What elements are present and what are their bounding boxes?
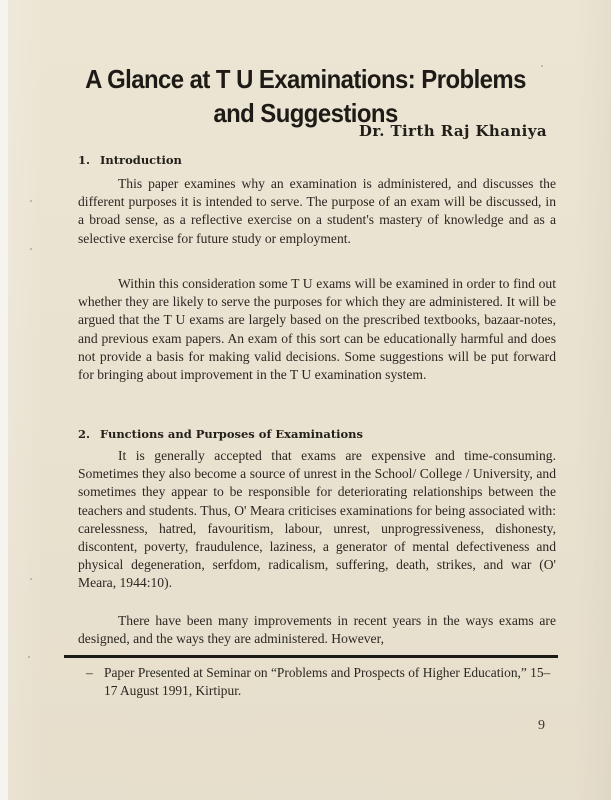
footnote-divider xyxy=(64,655,558,658)
paragraph-intro-1: This paper examines why an examination i… xyxy=(78,175,556,248)
paper-speck xyxy=(30,200,32,202)
author-name: Dr. Tirth Raj Khaniya xyxy=(359,122,547,140)
page-number: 9 xyxy=(538,718,545,734)
paragraph-intro-2: Within this consideration some T U exams… xyxy=(78,275,556,384)
section-title: Introduction xyxy=(100,153,182,167)
article-title: A Glance at T U Examinations: Problems a… xyxy=(24,62,586,130)
paragraph-functions-1: It is generally accepted that exams are … xyxy=(78,447,556,593)
paper-speck xyxy=(30,248,32,250)
paragraph-functions-2: There have been many improvements in rec… xyxy=(78,612,556,648)
title-line-1: A Glance at T U Examinations: Problems xyxy=(24,62,586,96)
section-heading-introduction: 1.Introduction xyxy=(78,153,182,167)
section-heading-functions: 2.Functions and Purposes of Examinations xyxy=(78,427,363,441)
footnote-text: Paper Presented at Seminar on “Problems … xyxy=(104,665,550,698)
paper-speck xyxy=(30,578,32,580)
footnote-marker: – xyxy=(86,664,93,682)
paper-speck xyxy=(28,656,30,658)
section-number: 2. xyxy=(78,427,100,441)
section-number: 1. xyxy=(78,153,100,167)
section-title: Functions and Purposes of Examinations xyxy=(100,427,363,441)
footnote: – Paper Presented at Seminar on “Problem… xyxy=(104,664,556,700)
